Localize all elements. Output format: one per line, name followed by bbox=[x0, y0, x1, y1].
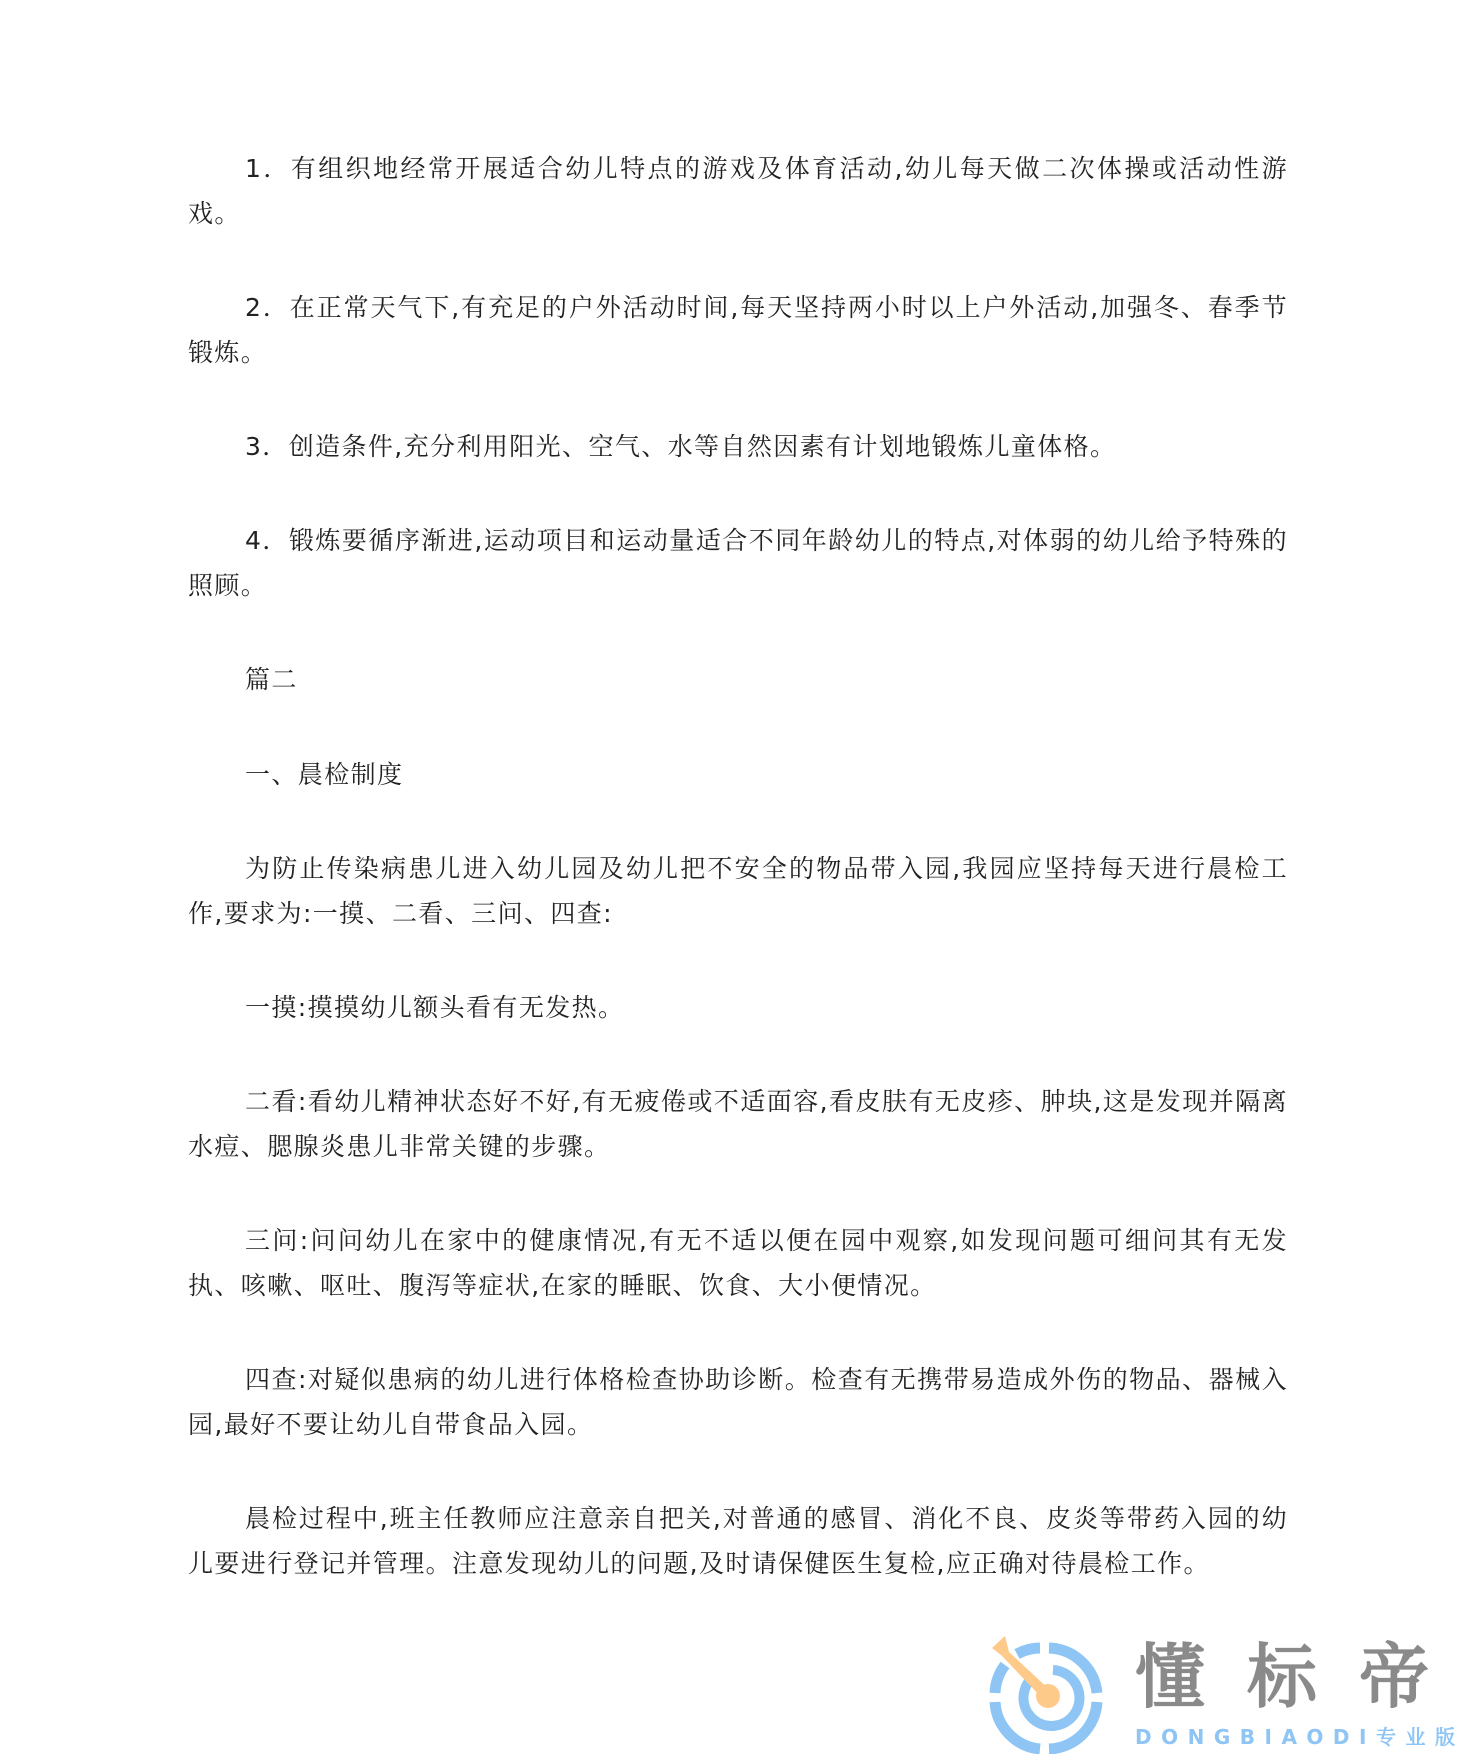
paragraph-item-2: 2．在正常天气下,有充足的户外活动时间,每天坚持两小时以上户外活动,加强冬、春季… bbox=[188, 285, 1288, 375]
watermark-subtitle: DONGBIAODI专业版 bbox=[1135, 1725, 1464, 1749]
section-heading-pian-er: 篇二 bbox=[188, 657, 1288, 702]
watermark-title: 懂标帝 bbox=[1135, 1639, 1471, 1715]
paragraph-intro: 为防止传染病患儿进入幼儿园及幼儿把不安全的物品带入园,我园应坚持每天进行晨检工作… bbox=[188, 846, 1288, 936]
paragraph-look: 二看:看幼儿精神状态好不好,有无疲倦或不适面容,看皮肤有无皮疹、肿块,这是发现并… bbox=[188, 1079, 1288, 1169]
document-page: 1．有组织地经常开展适合幼儿特点的游戏及体育活动,幼儿每天做二次体操或活动性游戏… bbox=[0, 0, 1477, 1754]
paragraph-touch: 一摸:摸摸幼儿额头看有无发热。 bbox=[188, 985, 1288, 1030]
paragraph-process: 晨检过程中,班主任教师应注意亲自把关,对普通的感冒、消化不良、皮炎等带药入园的幼… bbox=[188, 1496, 1288, 1586]
paragraph-item-4: 4．锻炼要循序渐进,运动项目和运动量适合不同年龄幼儿的特点,对体弱的幼儿给予特殊… bbox=[188, 518, 1288, 608]
target-arrow-icon bbox=[975, 1625, 1115, 1754]
watermark-logo: 懂标帝 DONGBIAODI专业版 bbox=[975, 1625, 1455, 1754]
paragraph-item-3: 3．创造条件,充分利用阳光、空气、水等自然因素有计划地锻炼儿童体格。 bbox=[188, 424, 1288, 469]
section-heading-morning-check: 一、晨检制度 bbox=[188, 752, 1288, 797]
paragraph-ask: 三问:问问幼儿在家中的健康情况,有无不适以便在园中观察,如发现问题可细问其有无发… bbox=[188, 1218, 1288, 1308]
paragraph-check: 四查:对疑似患病的幼儿进行体格检查协助诊断。检查有无携带易造成外伤的物品、器械入… bbox=[188, 1357, 1288, 1447]
paragraph-item-1: 1．有组织地经常开展适合幼儿特点的游戏及体育活动,幼儿每天做二次体操或活动性游戏… bbox=[188, 146, 1288, 236]
